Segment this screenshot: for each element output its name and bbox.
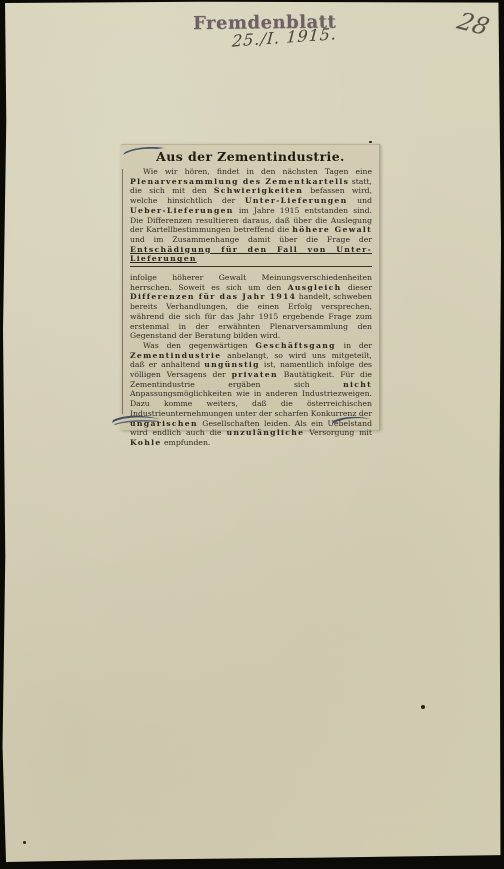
emphasized-text-run: Zementindustrie [130, 351, 221, 360]
text-run: Was den gegenwärtigen [143, 341, 255, 350]
emphasized-text-run: Unter-Lieferungen [245, 196, 348, 205]
column-rule-left [122, 169, 123, 414]
handwritten-page-number: 28 [454, 7, 493, 41]
emphasized-text-run: Plenarversammlung des Zementkartells [130, 177, 349, 186]
text-run: Wie wir hören, findet in den nächsten Ta… [143, 167, 372, 176]
text-run: Anpassungsmöglichkeiten wie in anderen I… [130, 389, 372, 417]
emphasized-text-run: Ausgleich [288, 283, 342, 292]
emphasized-text-run: privaten [232, 370, 278, 379]
emphasized-text-run: ungünstig [204, 360, 260, 369]
column-divider-rule [130, 266, 372, 267]
article-paragraph: Was den gegenwärtigen Geschäftsgang in d… [130, 341, 372, 448]
paper-speck [369, 141, 372, 143]
emphasized-text-run: Differenzen für das Jahr 1914 [130, 292, 296, 301]
article-paragraph: Wie wir hören, findet in den nächsten Ta… [130, 167, 372, 264]
blue-crayon-mark-bottom-left-icon [112, 415, 162, 427]
text-run: in der [336, 341, 372, 350]
text-run: und im Zusammenhange damit über die Frag… [130, 235, 372, 244]
emphasized-text-run: höhere Gewalt [292, 225, 372, 234]
text-run: dieser [342, 283, 372, 292]
article-paragraph: infolge höherer Gewalt Meinungsverschied… [130, 273, 372, 341]
clipping-body: Wie wir hören, findet in den nächsten Ta… [130, 167, 372, 448]
emphasized-text-run: Entschädigung für den Fall von Unter-Lie… [130, 245, 372, 264]
scanned-document: { "page": { "stamp": "Fremdenblatt", "da… [0, 0, 504, 869]
paper-speck [421, 705, 425, 709]
paper-speck [23, 841, 26, 844]
emphasized-text-run: Schwierigkeiten [214, 186, 303, 195]
news-clipping: Aus der Zementindustrie. Wie wir hören, … [121, 144, 380, 430]
text-run: empfunden. [162, 438, 211, 447]
text-run: und [347, 196, 372, 205]
emphasized-text-run: Kohle [130, 438, 162, 447]
emphasized-text-run: Geschäftsgang [255, 341, 335, 350]
text-run: Versorgung mit [304, 428, 372, 437]
clipping-title: Aus der Zementindustrie. [129, 149, 372, 164]
album-page: Fremdenblatt 25./I. 1915. 28 Aus der Zem… [0, 0, 504, 869]
blue-crayon-mark-bottom-right-icon [332, 416, 372, 427]
blue-crayon-mark-top-left-icon [123, 146, 165, 158]
emphasized-text-run: Ueber-Lieferungen [130, 206, 234, 215]
emphasized-text-run: unzulängliche [226, 428, 304, 437]
emphasized-text-run: nicht [343, 380, 372, 389]
